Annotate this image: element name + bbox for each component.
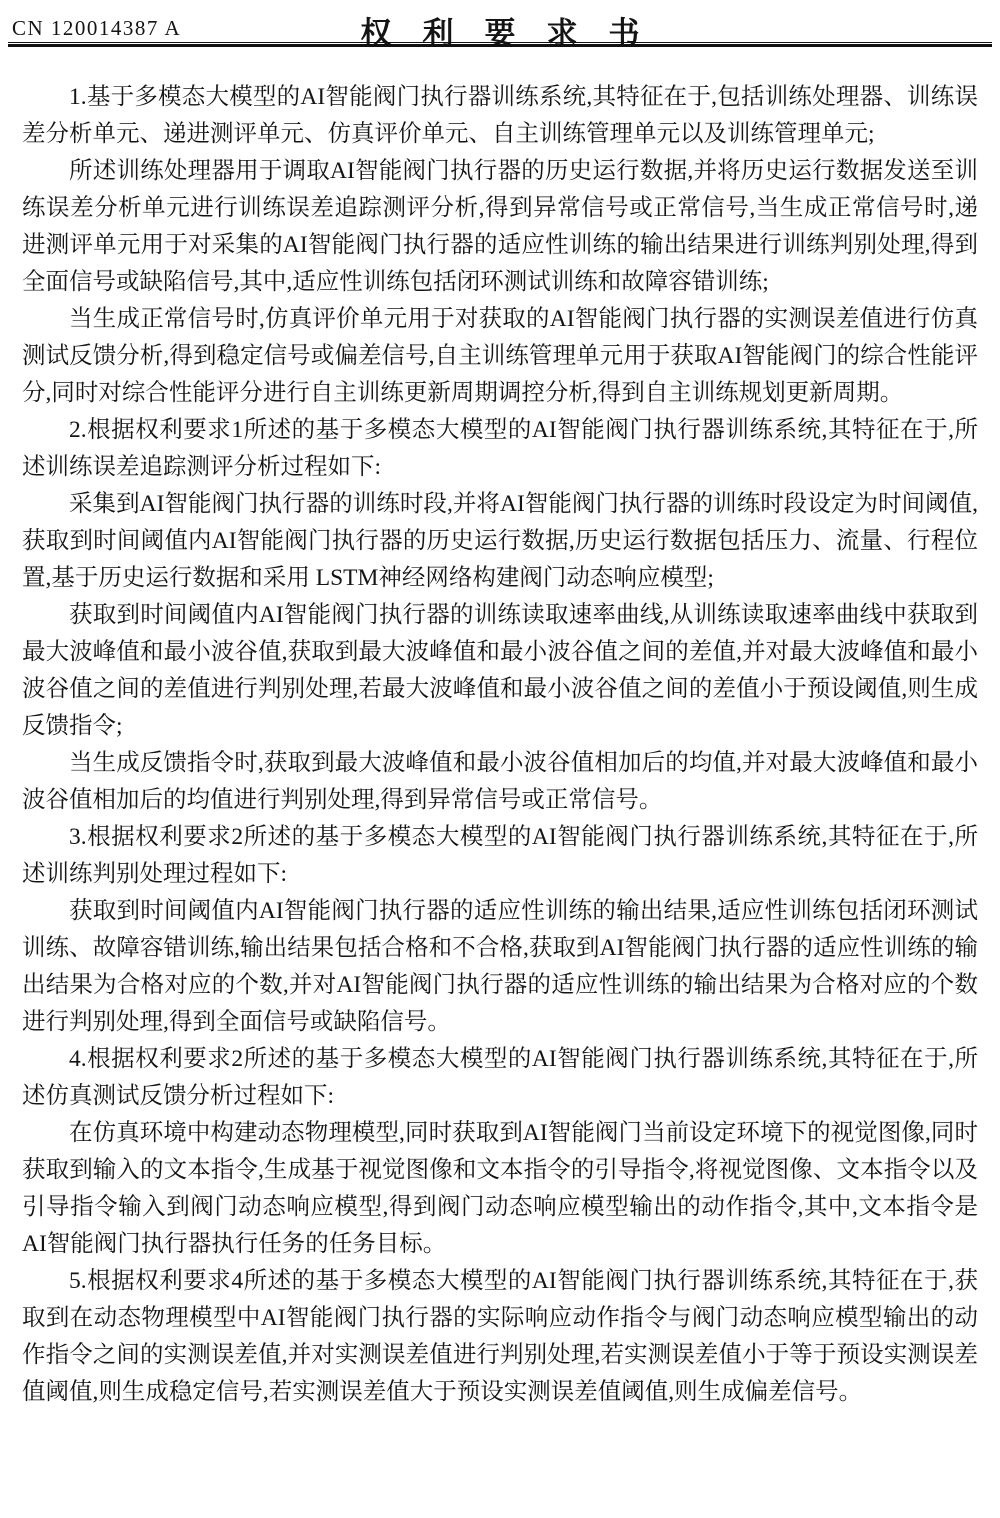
claim-3-paragraph-2: 获取到时间阈值内AI智能阀门执行器的适应性训练的输出结果,适应性训练包括闭环测试… <box>22 893 978 1041</box>
claim-2-paragraph-2: 采集到AI智能阀门执行器的训练时段,并将AI智能阀门执行器的训练时段设定为时间阈… <box>22 486 978 597</box>
claim-1-paragraph-3: 当生成正常信号时,仿真评价单元用于对获取的AI智能阀门执行器的实测误差值进行仿真… <box>22 301 978 412</box>
claim-2-paragraph-3: 获取到时间阈值内AI智能阀门执行器的训练读取速率曲线,从训练读取速率曲线中获取到… <box>22 597 978 745</box>
claim-1-paragraph-2: 所述训练处理器用于调取AI智能阀门执行器的历史运行数据,并将历史运行数据发送至训… <box>22 153 978 301</box>
patent-claims-page: CN 120014387 A 权利要求书 1.基于多模态大模型的AI智能阀门执行… <box>0 0 1000 1518</box>
claim-3-preamble: 3.根据权利要求2所述的基于多模态大模型的AI智能阀门执行器训练系统,其特征在于… <box>22 819 978 893</box>
header-divider <box>8 42 992 47</box>
header-divider-thick-line <box>8 44 992 47</box>
claim-5: 5.根据权利要求4所述的基于多模态大模型的AI智能阀门执行器训练系统,其特征在于… <box>22 1263 978 1411</box>
publication-number: CN 120014387 A <box>12 16 181 41</box>
claims-body: 1.基于多模态大模型的AI智能阀门执行器训练系统,其特征在于,包括训练处理器、训… <box>22 79 978 1411</box>
claim-4-preamble: 4.根据权利要求2所述的基于多模态大模型的AI智能阀门执行器训练系统,其特征在于… <box>22 1041 978 1115</box>
claim-1-preamble: 1.基于多模态大模型的AI智能阀门执行器训练系统,其特征在于,包括训练处理器、训… <box>22 79 978 153</box>
claim-2-preamble: 2.根据权利要求1所述的基于多模态大模型的AI智能阀门执行器训练系统,其特征在于… <box>22 412 978 486</box>
claim-4-paragraph-2: 在仿真环境中构建动态物理模型,同时获取到AI智能阀门当前设定环境下的视觉图像,同… <box>22 1115 978 1263</box>
claim-2-paragraph-4: 当生成反馈指令时,获取到最大波峰值和最小波谷值相加后的均值,并对最大波峰值和最小… <box>22 745 978 819</box>
